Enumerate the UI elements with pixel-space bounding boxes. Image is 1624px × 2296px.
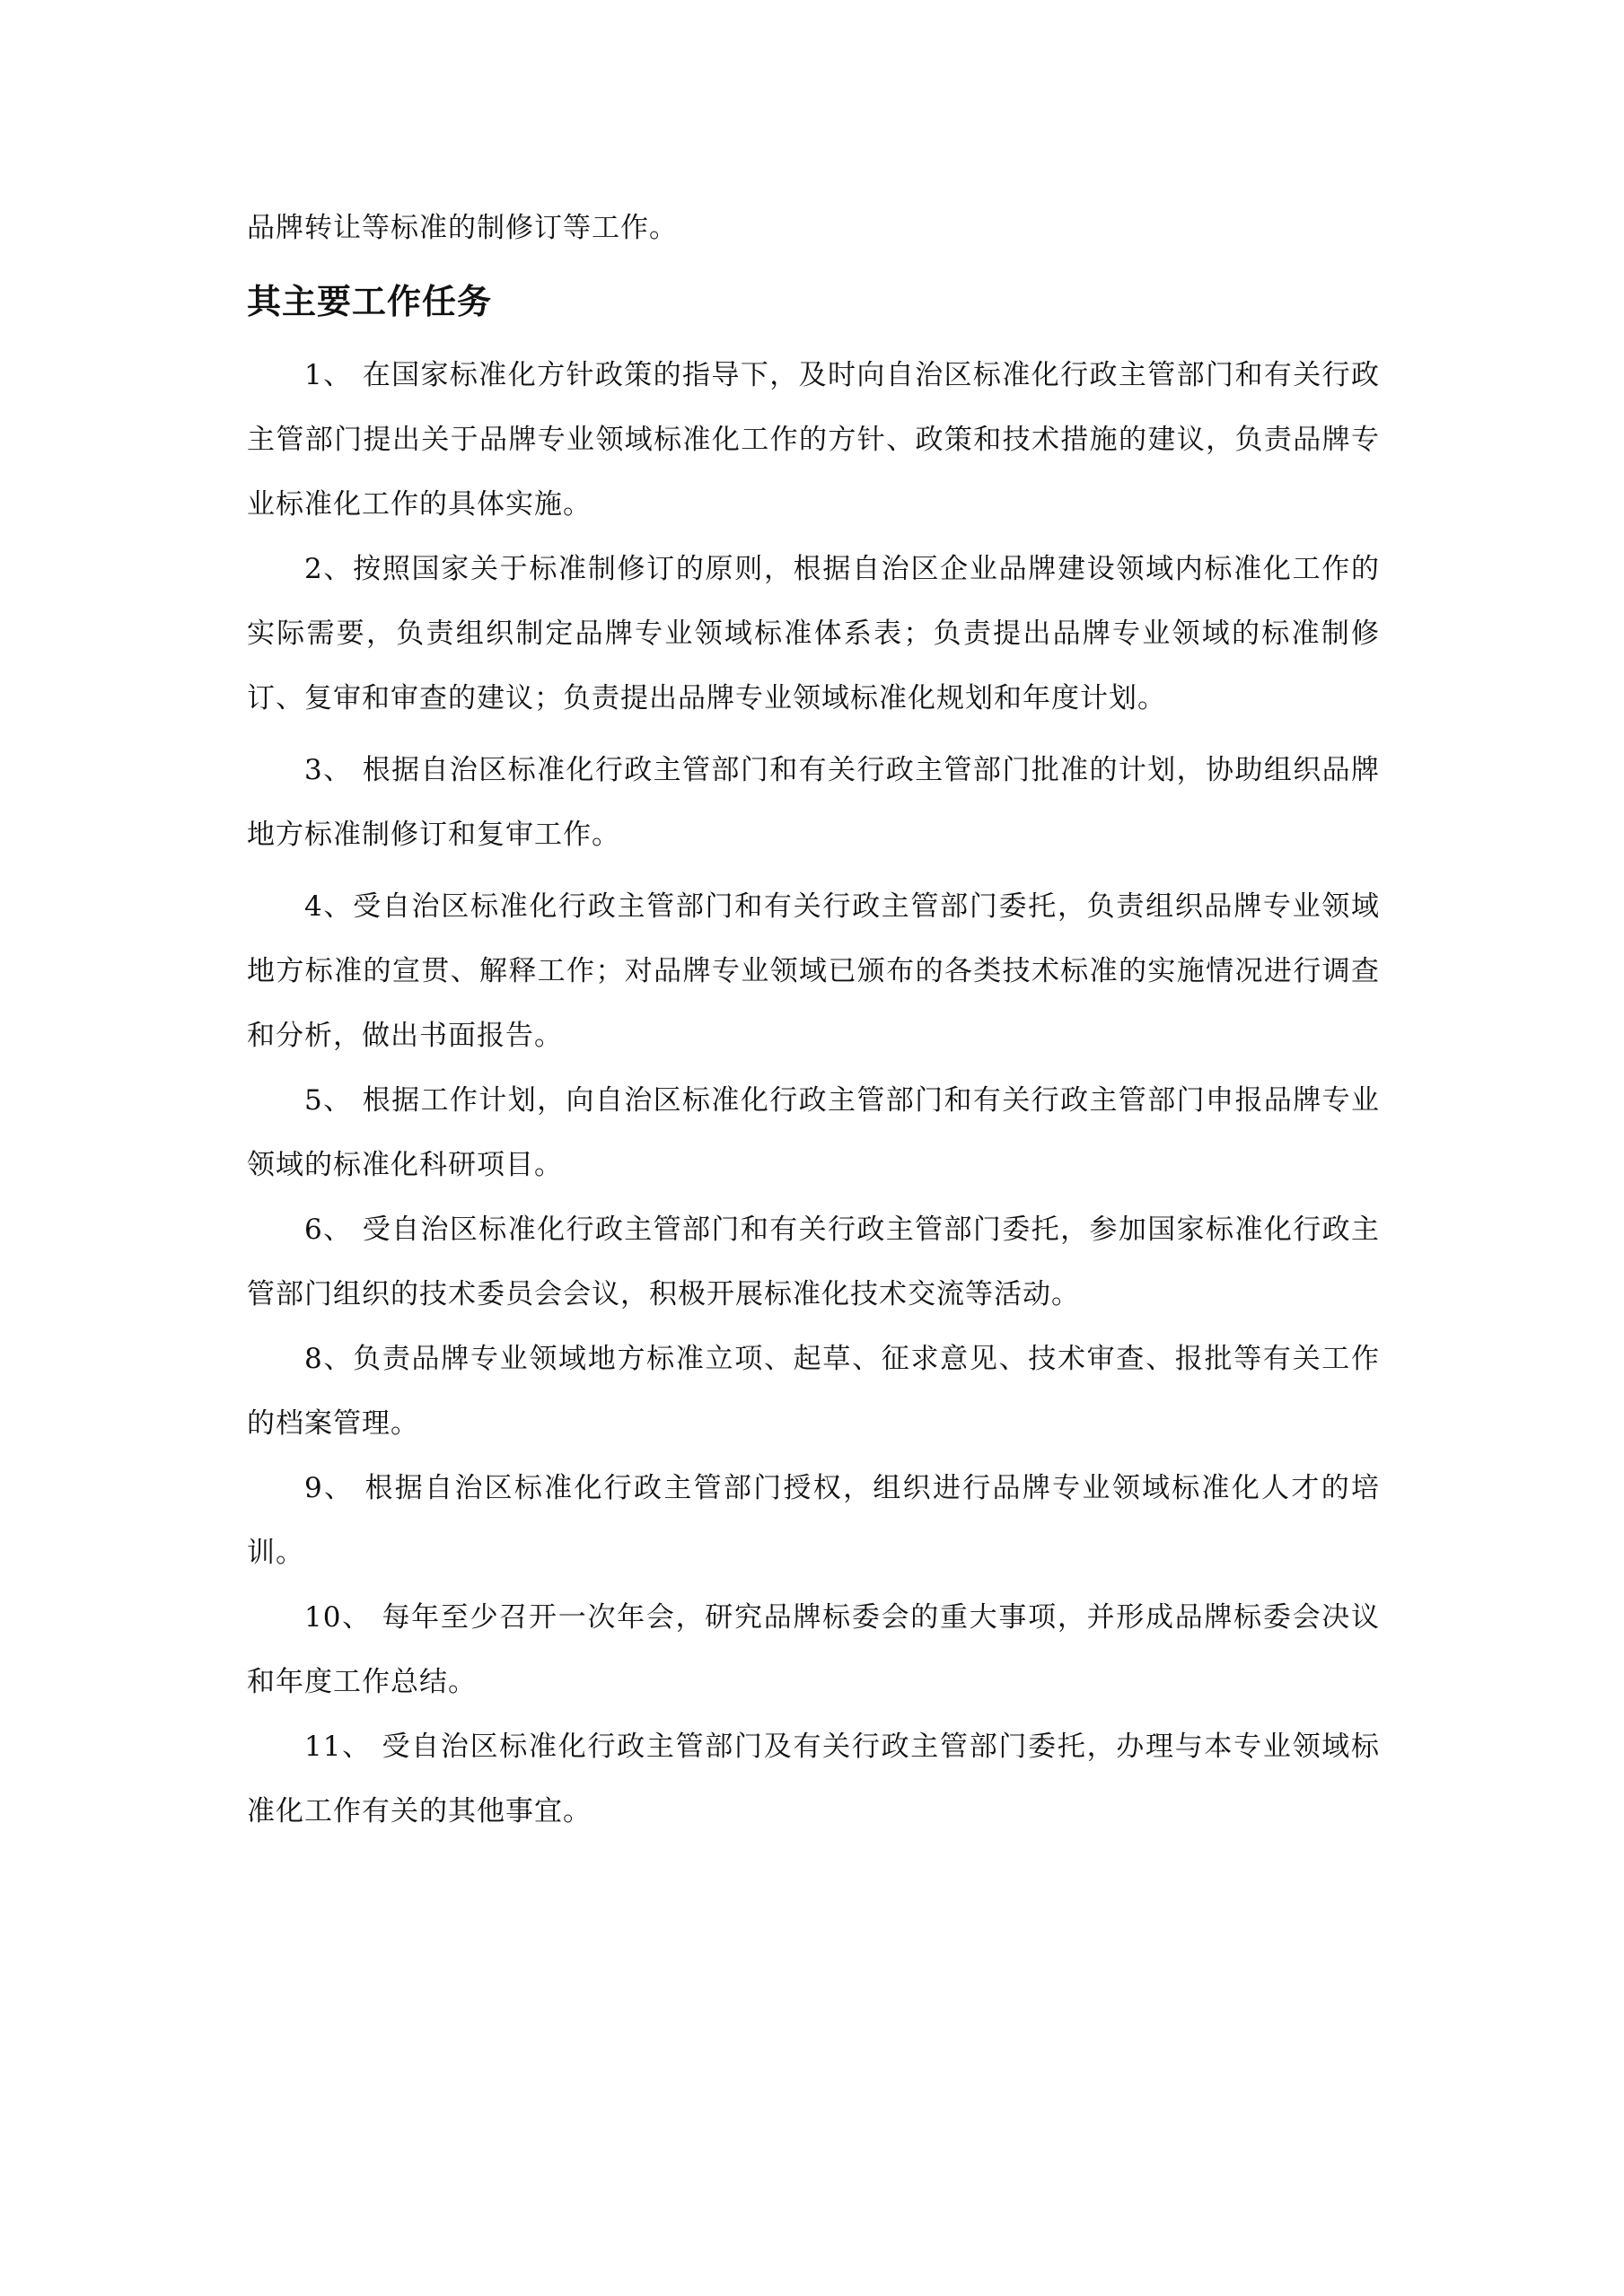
task-item-4: 4、受自治区标准化行政主管部门和有关行政主管部门委托，负责组织品牌专业领域地方标… <box>247 874 1380 1068</box>
task-number: 2、 <box>304 553 353 585</box>
task-item-10: 10、 每年至少召开一次年会，研究品牌标委会的重大事项，并形成品牌标委会决议和年… <box>247 1585 1380 1714</box>
section-heading: 其主要工作任务 <box>247 275 1380 329</box>
task-item-2: 2、按照国家关于标准制修订的原则，根据自治区企业品牌建设领域内标准化工作的实际需… <box>247 537 1380 731</box>
task-item-5: 5、 根据工作计划，向自治区标准化行政主管部门和有关行政主管部门申报品牌专业领域… <box>247 1068 1380 1197</box>
task-number: 10、 <box>304 1601 382 1634</box>
task-text: 根据自治区标准化行政主管部门和有关行政主管部门批准的计划，协助组织品牌地方标准制… <box>247 754 1380 851</box>
task-text: 在国家标准化方针政策的指导下，及时向自治区标准化行政主管部门和有关行政主管部门提… <box>247 359 1380 521</box>
task-number: 3、 <box>304 754 363 786</box>
task-item-11: 11、 受自治区标准化行政主管部门及有关行政主管部门委托，办理与本专业领域标准化… <box>247 1714 1380 1844</box>
task-text: 受自治区标准化行政主管部门及有关行政主管部门委托，办理与本专业领域标准化工作有关… <box>247 1731 1380 1827</box>
task-text: 负责品牌专业领域地方标准立项、起草、征求意见、技术审查、报批等有关工作的档案管理… <box>247 1343 1380 1440</box>
task-text: 按照国家关于标准制修订的原则，根据自治区企业品牌建设领域内标准化工作的实际需要，… <box>247 553 1380 714</box>
task-number: 11、 <box>304 1731 382 1763</box>
task-text: 根据自治区标准化行政主管部门授权，组织进行品牌专业领域标准化人才的培训。 <box>247 1472 1380 1569</box>
task-item-8: 8、负责品牌专业领域地方标准立项、起草、征求意见、技术审查、报批等有关工作的档案… <box>247 1327 1380 1456</box>
task-text: 根据工作计划，向自治区标准化行政主管部门和有关行政主管部门申报品牌专业领域的标准… <box>247 1084 1380 1181</box>
task-text: 每年至少召开一次年会，研究品牌标委会的重大事项，并形成品牌标委会决议和年度工作总… <box>247 1601 1380 1698</box>
task-text: 受自治区标准化行政主管部门和有关行政主管部门委托，负责组织品牌专业领域地方标准的… <box>247 890 1380 1052</box>
task-item-6: 6、 受自治区标准化行政主管部门和有关行政主管部门委托，参加国家标准化行政主管部… <box>247 1197 1380 1327</box>
task-item-1: 1、 在国家标准化方针政策的指导下，及时向自治区标准化行政主管部门和有关行政主管… <box>247 343 1380 537</box>
task-text: 受自治区标准化行政主管部门和有关行政主管部门委托，参加国家标准化行政主管部门组织… <box>247 1214 1380 1310</box>
task-number: 1、 <box>304 359 363 391</box>
task-number: 5、 <box>304 1084 363 1117</box>
task-number: 8、 <box>304 1343 353 1375</box>
task-item-9: 9、 根据自治区标准化行政主管部门授权，组织进行品牌专业领域标准化人才的培训。 <box>247 1456 1380 1585</box>
task-number: 9、 <box>304 1472 364 1504</box>
document-page: 品牌转让等标准的制修订等工作。 其主要工作任务 1、 在国家标准化方针政策的指导… <box>247 199 1380 1844</box>
task-number: 4、 <box>304 890 353 923</box>
task-item-3: 3、 根据自治区标准化行政主管部门和有关行政主管部门批准的计划，协助组织品牌地方… <box>247 738 1380 867</box>
task-number: 6、 <box>304 1214 363 1246</box>
intro-continuation-text: 品牌转让等标准的制修订等工作。 <box>247 199 1380 257</box>
